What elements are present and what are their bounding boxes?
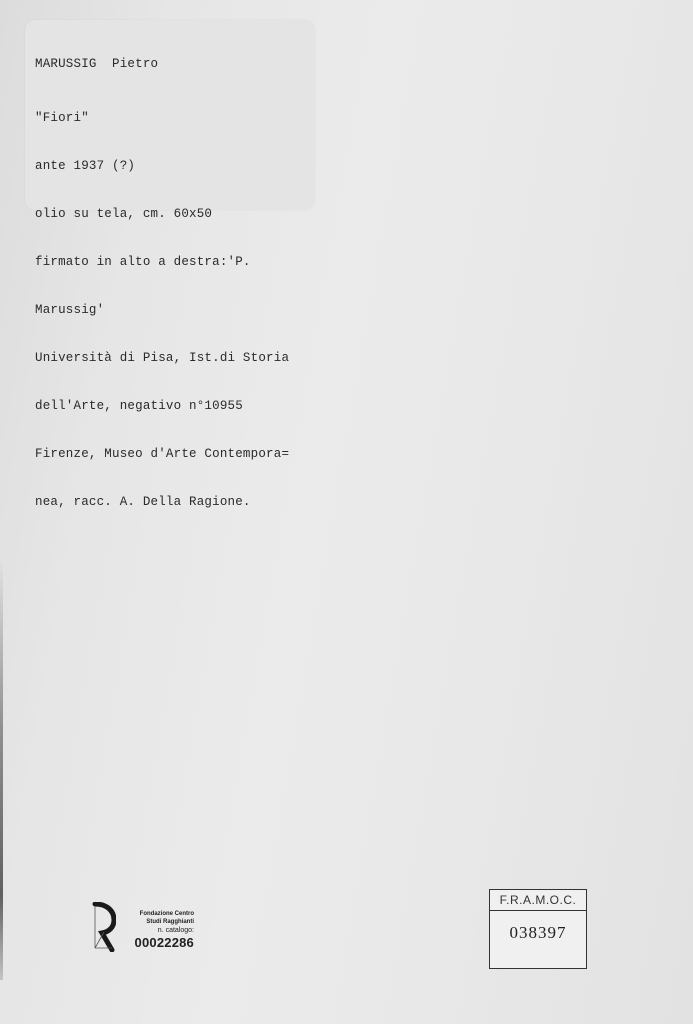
framoc-stamp: F.R.A.M.O.C. 038397	[489, 889, 587, 969]
framoc-number: 038397	[490, 923, 586, 943]
artwork-medium: olio su tela, cm. 60x50	[35, 206, 289, 222]
source-line-1: Università di Pisa, Ist.di Storia	[35, 350, 289, 366]
typed-label-text: MARUSSIG Pietro "Fiori" ante 1937 (?) ol…	[35, 24, 289, 526]
foundation-name-line-1: Fondazione Centro	[124, 910, 194, 918]
location-line-1: Firenze, Museo d'Arte Contempora=	[35, 446, 289, 462]
photo-edge-shadow	[0, 560, 3, 980]
artwork-date: ante 1937 (?)	[35, 158, 289, 174]
foundation-catalog-stamp: Fondazione Centro Studi Ragghianti n. ca…	[92, 898, 202, 958]
source-line-2: dell'Arte, negativo n°10955	[35, 398, 289, 414]
signature-note-1: firmato in alto a destra:'P.	[35, 254, 289, 270]
foundation-name-line-2: Studi Ragghianti	[124, 918, 194, 926]
location-line-2: nea, racc. A. Della Ragione.	[35, 494, 289, 510]
framoc-header: F.R.A.M.O.C.	[490, 890, 586, 911]
catalog-number: 00022286	[124, 935, 194, 950]
artwork-title: "Fiori"	[35, 110, 289, 126]
signature-note-2: Marussig'	[35, 302, 289, 318]
artist-name: MARUSSIG Pietro	[35, 56, 289, 72]
catalog-label: n. catalogo:	[124, 926, 194, 935]
ragghianti-r-logo-icon	[92, 902, 116, 952]
